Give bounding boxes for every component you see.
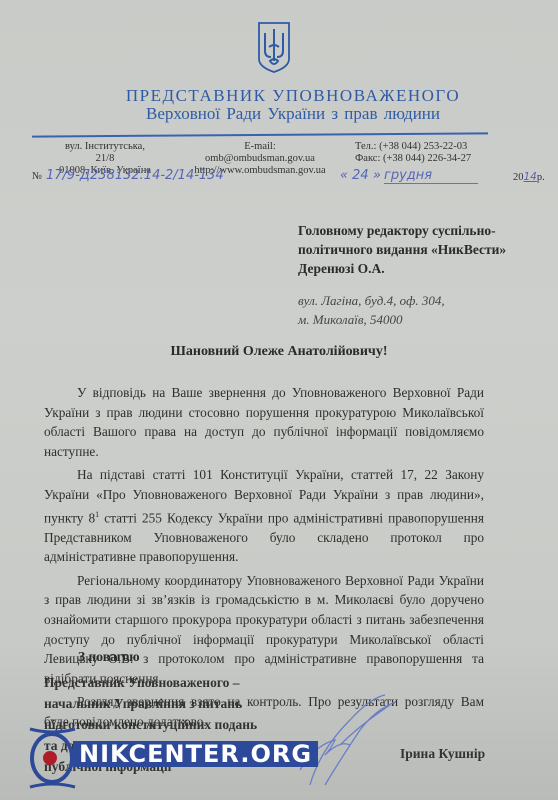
date-month: грудня [384, 168, 478, 184]
trident-coat-of-arms-icon [257, 21, 291, 74]
paragraph: На підставі статті 101 Конституції Украї… [44, 465, 484, 566]
watermark: NIKCENTER.ORG [25, 725, 295, 791]
addressee-address: вул. Лагіна, буд.4, оф. 304, м. Миколаїв… [298, 291, 445, 329]
org-title: ПРЕДСТАВНИК УПОВНОВАЖЕНОГО [14, 86, 558, 106]
closing-regards: З повагою [78, 649, 140, 665]
watermark-text: NIKCENTER.ORG [73, 741, 318, 767]
date-day: « 24 » [340, 168, 381, 183]
email-text: E-mail: omb@ombudsman.gov.ua [190, 141, 330, 165]
paragraph: У відповідь на Ваше звернення до Уповнов… [44, 383, 484, 461]
greeting: Шановний Олеже Анатолійовичу! [0, 344, 558, 360]
paragraph: Регіональному координатору Уповноваженог… [44, 571, 484, 689]
letter-page: ПРЕДСТАВНИК УПОВНОВАЖЕНОГО Верховної Рад… [0, 0, 558, 800]
nikcenter-logo-icon [25, 725, 80, 791]
date-year: 2014р. [513, 171, 545, 183]
fax-text: Факс: (+38 044) 226-34-27 [355, 153, 485, 165]
addressee-block: Головному редактору суспільно- політично… [298, 221, 506, 278]
org-subtitle: Верховної Ради України з прав людини [14, 104, 558, 124]
letterhead-divider [32, 132, 488, 137]
signer-name: Ірина Кушнір [400, 746, 485, 762]
letterhead-phones: Тел.: (+38 044) 253-22-03 Факс: (+38 044… [355, 141, 485, 165]
registration-line: № 17/9-Д238132.14-2/14-134 « 24 » грудня… [32, 168, 532, 186]
phone-text: Тел.: (+38 044) 253-22-03 [355, 141, 485, 153]
number-label: № [32, 171, 42, 182]
